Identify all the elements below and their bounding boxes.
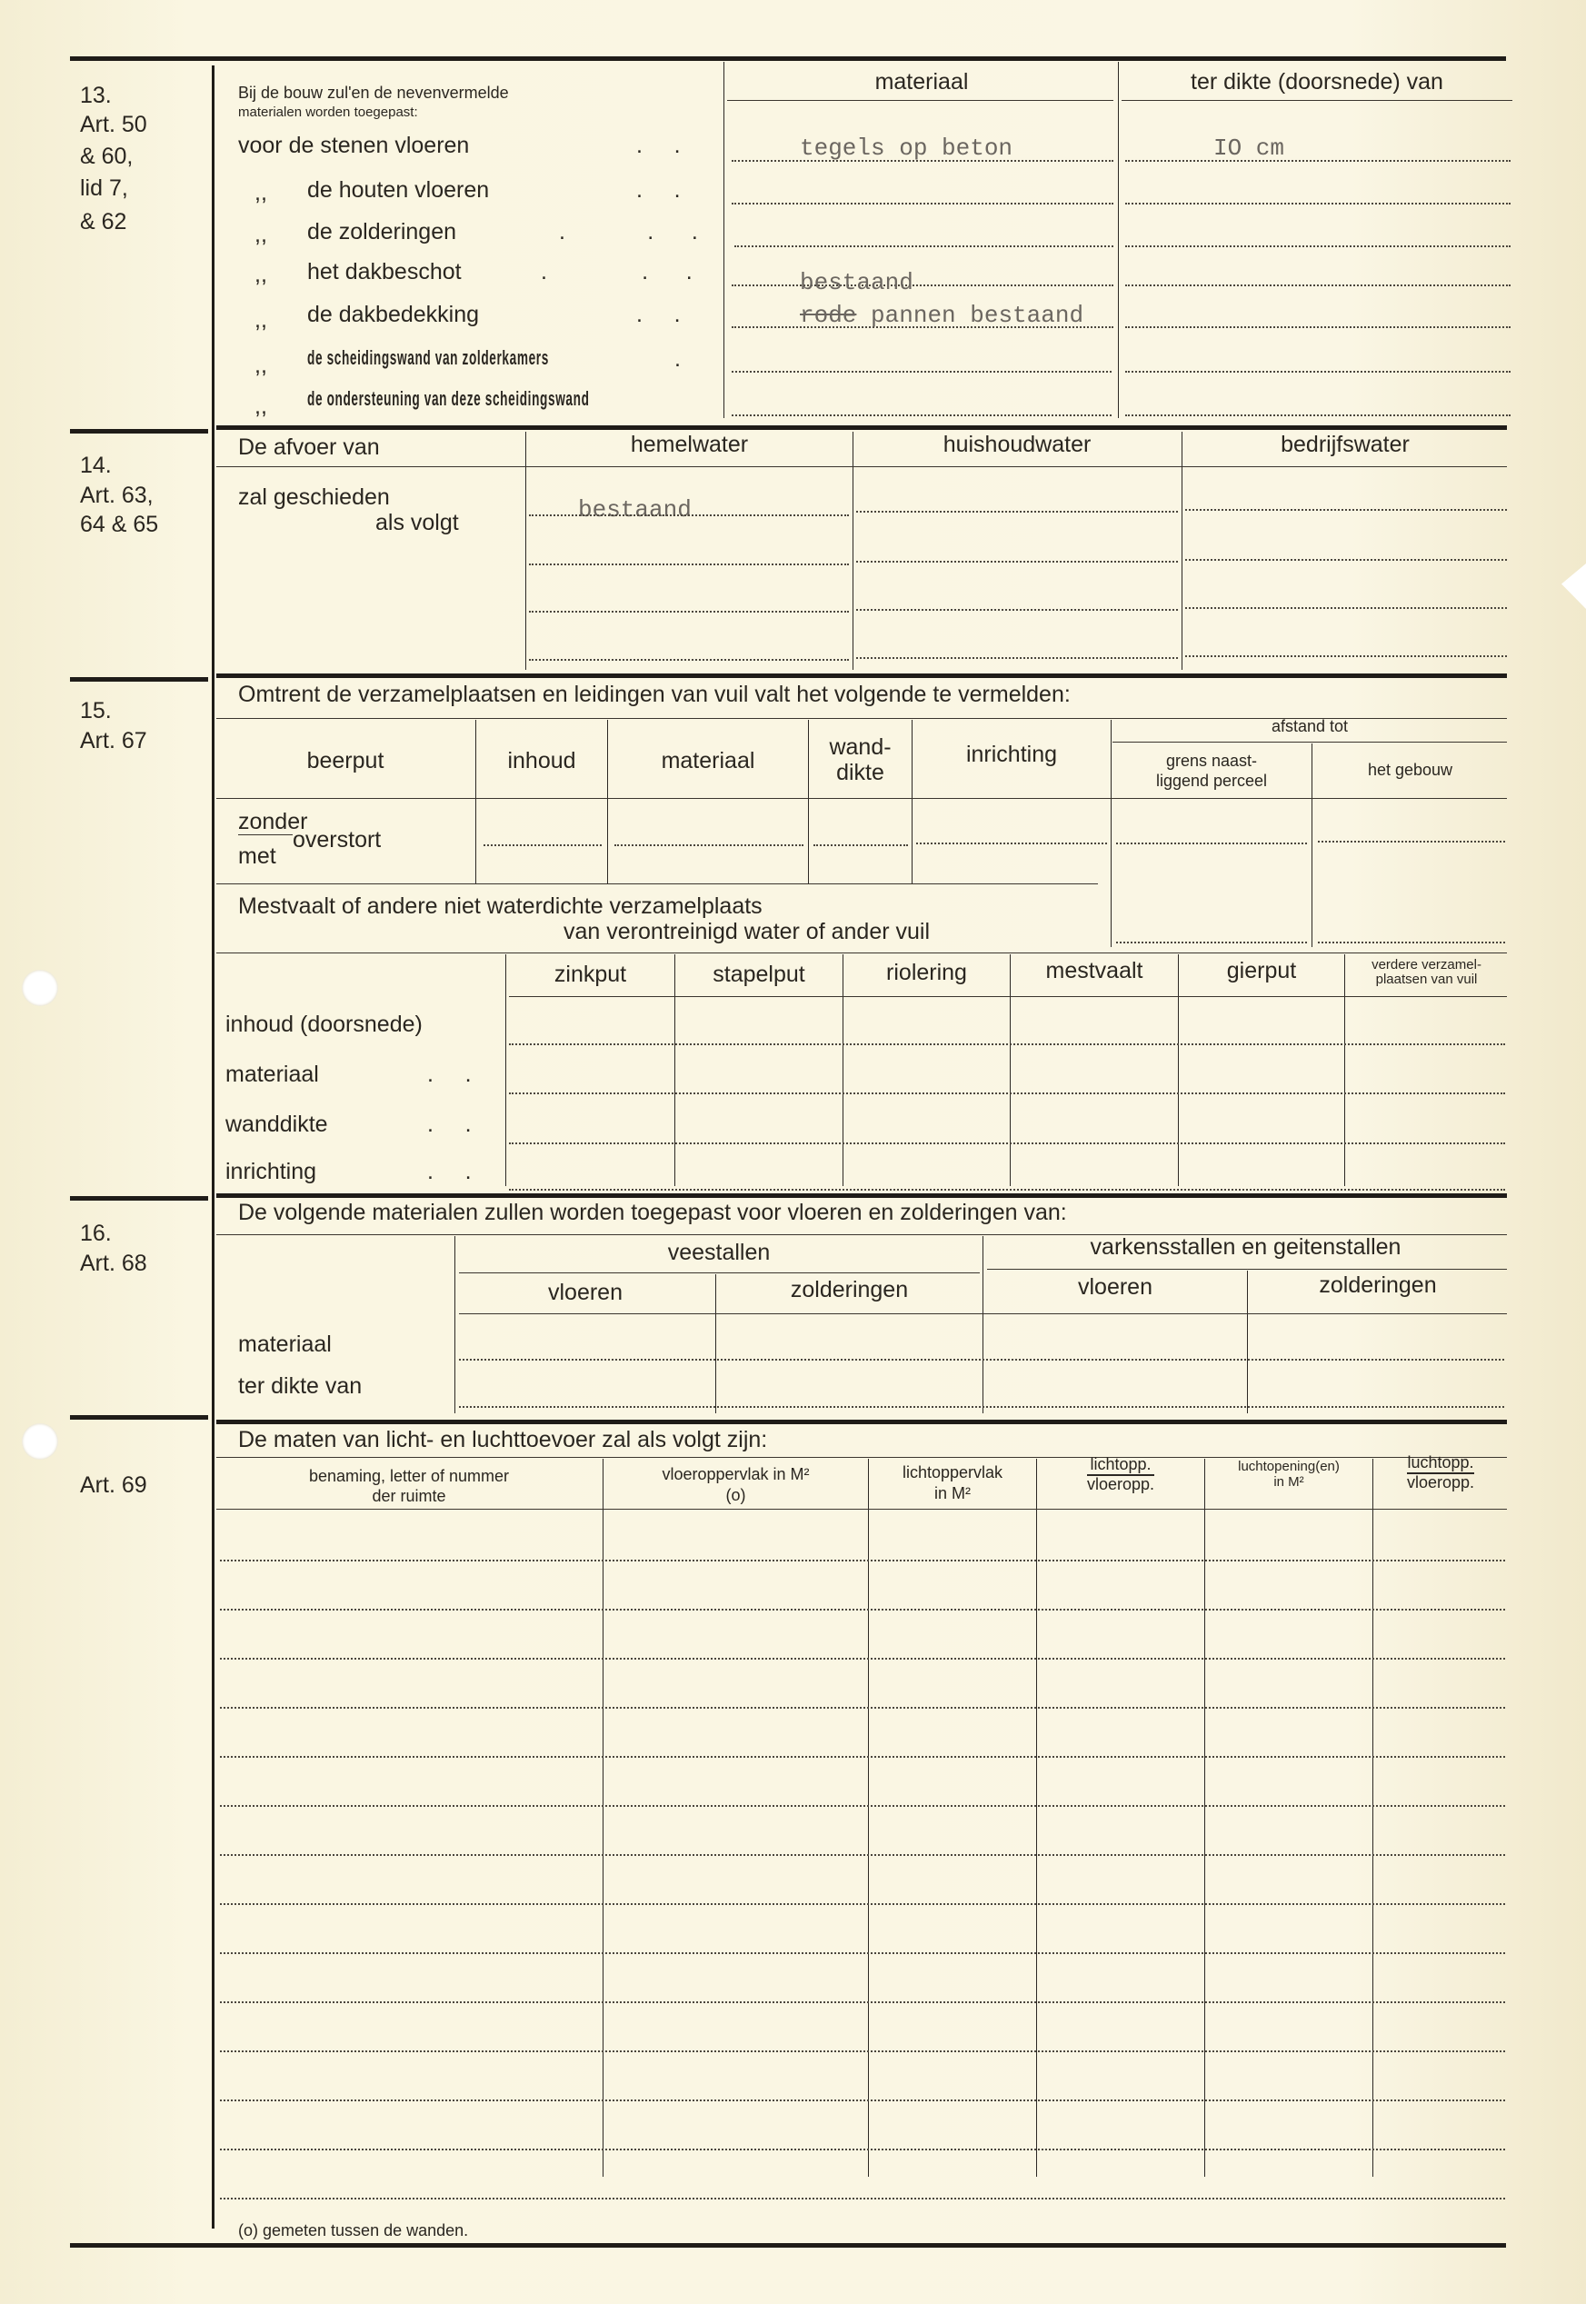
row-label: de zolderingen — [307, 221, 456, 244]
column-header-inhoud: inhoud — [477, 750, 606, 773]
column-header-huishoudwater: huishoudwater — [854, 434, 1180, 456]
fill-line — [509, 1043, 1505, 1045]
ditto-mark: ,, — [254, 354, 267, 377]
column-header-mestvaalt: mestvaalt — [1012, 960, 1177, 982]
column-header-zinkput: zinkput — [507, 963, 673, 986]
fill-line — [1185, 559, 1507, 561]
fill-line — [220, 2149, 1505, 2150]
column-header-dikte: ter dikte (doorsnede) van — [1122, 71, 1512, 94]
overstort-met: met — [238, 845, 276, 868]
column-divider — [1178, 954, 1179, 1186]
fill-line — [459, 1359, 1504, 1361]
fill-line — [459, 1406, 1504, 1408]
fill-line — [220, 2198, 1505, 2199]
fill-line — [1185, 607, 1507, 609]
ditto-mark: ,, — [254, 395, 267, 418]
column-divider — [843, 954, 843, 1186]
column-header-lichtopp-ratio: lichtopp.vloeropp. — [1038, 1456, 1203, 1492]
fill-line — [529, 611, 849, 613]
section-rule — [216, 1420, 1507, 1424]
column-header-luchtopp-ratio: luchtopp.vloeropp. — [1374, 1454, 1507, 1491]
row-rule — [216, 883, 1098, 884]
intro-text: materialen worden toegepast: — [238, 105, 418, 119]
fill-line — [220, 1658, 1505, 1660]
column-divider — [454, 1236, 455, 1413]
fill-line — [529, 564, 849, 565]
column-header-materiaal: materiaal — [727, 71, 1116, 94]
column-divider — [607, 720, 608, 883]
article-ref: lid 7, — [80, 177, 128, 200]
section-title: De volgende materialen zullen worden toe… — [238, 1202, 1067, 1224]
fill-line — [916, 843, 1107, 844]
fill-line — [1125, 326, 1511, 328]
column-divider — [1312, 743, 1312, 947]
materiaal-stenen-vloeren[interactable]: tegels op beton — [800, 136, 1012, 160]
fill-line — [220, 1756, 1505, 1758]
column-header-zolderingen: zolderingen — [1249, 1274, 1507, 1297]
footnote: (o) gemeten tussen de wanden. — [238, 2222, 468, 2239]
fill-line — [856, 609, 1178, 611]
column-header-vloeroppervlak: vloeroppervlak in M² — [604, 1466, 867, 1482]
row-label: het dakbeschot — [307, 261, 462, 284]
column-divider — [1344, 954, 1345, 1186]
column-divider — [853, 432, 853, 670]
row-label: voor de stenen vloeren — [238, 135, 469, 157]
column-header-vloeren: vloeren — [456, 1282, 714, 1304]
column-divider — [1372, 1459, 1373, 2177]
fill-line — [1318, 841, 1505, 843]
column-header-inrichting: inrichting — [913, 743, 1110, 766]
struck-text: rode — [800, 302, 856, 329]
fill-line — [813, 844, 908, 846]
column-header-beerput: beerput — [216, 750, 474, 773]
row-label: de dakbedekking — [307, 304, 479, 326]
fill-line — [220, 2001, 1505, 2003]
header-rule — [459, 1272, 980, 1273]
section-number: 14. — [80, 454, 112, 477]
intro-text: Bij de bouw zul'en de nevenvermelde — [238, 85, 509, 101]
header-rule — [216, 798, 1507, 799]
fill-line — [1125, 245, 1511, 247]
materiaal-dakbeschot[interactable]: bestaand — [800, 271, 913, 294]
group-header-varkensstallen: varkensstallen en geitenstallen — [984, 1236, 1507, 1259]
column-divider — [983, 1236, 983, 1413]
row-label: de scheidingswand van zolderkamers — [307, 348, 549, 368]
row-label: ter dikte van — [238, 1375, 362, 1398]
header-rule — [1112, 742, 1507, 743]
row-label: inhoud (doorsnede) — [225, 1013, 423, 1036]
ditto-mark: ,, — [254, 309, 267, 332]
section-title: Omtrent de verzamelplaatsen en leidingen… — [238, 683, 1071, 706]
column-divider — [674, 954, 675, 1186]
column-header-zolderingen: zolderingen — [717, 1279, 982, 1302]
fill-line — [220, 1854, 1505, 1856]
row-label: zal geschieden — [238, 486, 390, 509]
column-divider — [1247, 1271, 1248, 1413]
column-divider — [1010, 954, 1011, 1186]
top-rule — [70, 56, 1506, 61]
column-header-hemelwater: hemelwater — [527, 434, 852, 456]
fill-line — [1125, 203, 1511, 204]
column-header-luchtopening: luchtopening(en) — [1206, 1460, 1372, 1473]
column-header-wanddikte: wand- — [810, 736, 911, 759]
column-header-lichtoppervlak: lichtoppervlak — [870, 1464, 1035, 1481]
fill-line — [220, 2050, 1505, 2052]
mestvaalt-label: van verontreinigd water of ander vuil — [564, 921, 930, 943]
column-divider — [1118, 62, 1119, 418]
fill-line — [1116, 942, 1307, 943]
fill-line — [220, 1805, 1505, 1807]
section-rule — [70, 1196, 208, 1201]
section-number: 15. — [80, 700, 112, 723]
column-header-grens: liggend perceel — [1112, 773, 1311, 789]
fill-line — [1116, 843, 1307, 844]
column-header-vloeren: vloeren — [984, 1276, 1246, 1299]
article-ref: Art. 50 — [80, 114, 147, 136]
fill-line — [509, 1092, 1505, 1094]
article-ref: & 60, — [80, 145, 133, 168]
fill-line — [1185, 509, 1507, 511]
fill-line — [529, 514, 849, 516]
fraction-rule — [238, 834, 293, 835]
column-divider — [603, 1459, 603, 2177]
column-header-wanddikte: dikte — [810, 762, 911, 784]
column-divider — [525, 432, 526, 670]
column-header-vloeroppervlak: (o) — [604, 1487, 867, 1503]
bottom-rule — [70, 2243, 1506, 2248]
group-header-veestallen: veestallen — [456, 1242, 982, 1264]
fill-line — [856, 561, 1178, 563]
column-header-afstand-tot: afstand tot — [1112, 718, 1507, 734]
fill-line — [614, 844, 803, 846]
fill-line — [1125, 160, 1511, 162]
fill-line — [856, 657, 1178, 659]
column-divider — [1204, 1459, 1205, 2177]
fill-line — [220, 1903, 1505, 1905]
column-divider — [715, 1274, 716, 1413]
column-divider — [1182, 432, 1182, 670]
column-header-stapelput: stapelput — [676, 963, 842, 986]
header-rule — [459, 1313, 1507, 1314]
header-rule — [987, 1269, 1507, 1270]
column-divider — [868, 1459, 869, 2177]
header-rule — [509, 996, 1507, 997]
column-header-verdere: plaatsen van vuil — [1346, 972, 1507, 986]
row-rule — [216, 953, 1507, 953]
punch-hole — [22, 1423, 58, 1460]
column-divider — [475, 720, 476, 883]
row-label: de ondersteuning van deze scheidingswand — [307, 389, 590, 409]
article-column-divider — [212, 65, 214, 2229]
row-label: de houten vloeren — [307, 179, 489, 202]
column-header-materiaal: materiaal — [609, 750, 807, 773]
fill-line — [1125, 414, 1511, 416]
fill-line — [220, 2100, 1505, 2101]
header-rule — [1122, 100, 1512, 101]
column-divider — [1036, 1459, 1037, 2177]
article-ref: Art. 68 — [80, 1252, 147, 1275]
row-label: als volgt — [375, 512, 459, 534]
section-rule — [70, 1415, 208, 1420]
section-rule — [216, 1193, 1507, 1198]
fill-line — [732, 203, 1113, 204]
article-ref: Art. 69 — [80, 1474, 147, 1497]
header-rule — [216, 1509, 1507, 1510]
header-label: De afvoer van — [238, 436, 380, 459]
fill-line — [484, 844, 602, 846]
section-rule — [216, 425, 1507, 430]
header-rule — [216, 466, 1507, 467]
fill-line — [1318, 942, 1505, 943]
article-ref: 64 & 65 — [80, 514, 158, 536]
section-title: De maten van licht- en luchttoevoer zal … — [238, 1429, 767, 1451]
column-header-verdere: verdere verzamel- — [1346, 958, 1507, 972]
fill-line — [220, 1560, 1505, 1561]
row-label: materiaal — [225, 1063, 319, 1086]
fill-line — [509, 1189, 1505, 1191]
materiaal-dakbedekking[interactable]: rode pannen bestaand — [800, 304, 1083, 327]
column-divider — [912, 720, 913, 883]
ditto-mark: ,, — [254, 224, 267, 246]
punch-hole — [22, 970, 58, 1006]
column-header-benaming: benaming, letter of nummer — [216, 1468, 602, 1484]
fill-line — [732, 371, 1112, 373]
header-rule — [727, 100, 1113, 101]
section-rule — [70, 677, 208, 682]
row-label: inrichting — [225, 1161, 316, 1183]
column-divider — [808, 720, 809, 883]
column-header-benaming: der ruimte — [216, 1488, 602, 1504]
column-header-grens: grens naast- — [1112, 753, 1311, 769]
ditto-mark: ,, — [254, 264, 267, 286]
ditto-mark: ,, — [254, 182, 267, 204]
section-number: 16. — [80, 1222, 112, 1245]
article-ref: Art. 63, — [80, 484, 154, 507]
column-header-riolering: riolering — [844, 962, 1009, 984]
row-label: wanddikte — [225, 1113, 328, 1136]
page-bottom-edge — [0, 2304, 1586, 2324]
fill-line — [732, 414, 1112, 416]
fill-line — [856, 511, 1178, 513]
fill-line — [1185, 655, 1507, 657]
row-label: materiaal — [238, 1333, 332, 1356]
fill-line — [732, 284, 1113, 286]
column-divider — [1111, 720, 1112, 947]
column-divider — [723, 62, 724, 418]
dikte-stenen-vloeren[interactable]: IO cm — [1213, 136, 1284, 160]
mestvaalt-label: Mestvaalt of andere niet waterdichte ver… — [238, 895, 763, 918]
overstort-label: overstort — [293, 829, 381, 852]
fill-line — [509, 1142, 1505, 1144]
fill-line — [1125, 371, 1511, 373]
article-ref: Art. 67 — [80, 730, 147, 753]
fill-line — [1125, 284, 1511, 286]
section-number: 13. — [80, 85, 112, 107]
column-header-lichtoppervlak: in M² — [870, 1485, 1035, 1501]
fill-line — [529, 659, 849, 661]
section-rule — [70, 429, 208, 434]
fill-line — [734, 245, 1113, 247]
column-header-gebouw: het gebouw — [1313, 762, 1507, 778]
column-header-bedrijfswater: bedrijfswater — [1183, 434, 1507, 456]
header-rule — [216, 1457, 1507, 1458]
article-ref: & 62 — [80, 211, 126, 234]
fill-line — [220, 1952, 1505, 1954]
fill-line — [220, 1707, 1505, 1709]
hemelwater-value[interactable]: bestaand — [578, 498, 692, 522]
fill-line — [220, 1609, 1505, 1611]
column-header-luchtopening: in M² — [1206, 1475, 1372, 1489]
column-divider — [505, 954, 506, 1186]
column-header-gierput: gierput — [1180, 960, 1343, 982]
section-rule — [216, 673, 1507, 678]
